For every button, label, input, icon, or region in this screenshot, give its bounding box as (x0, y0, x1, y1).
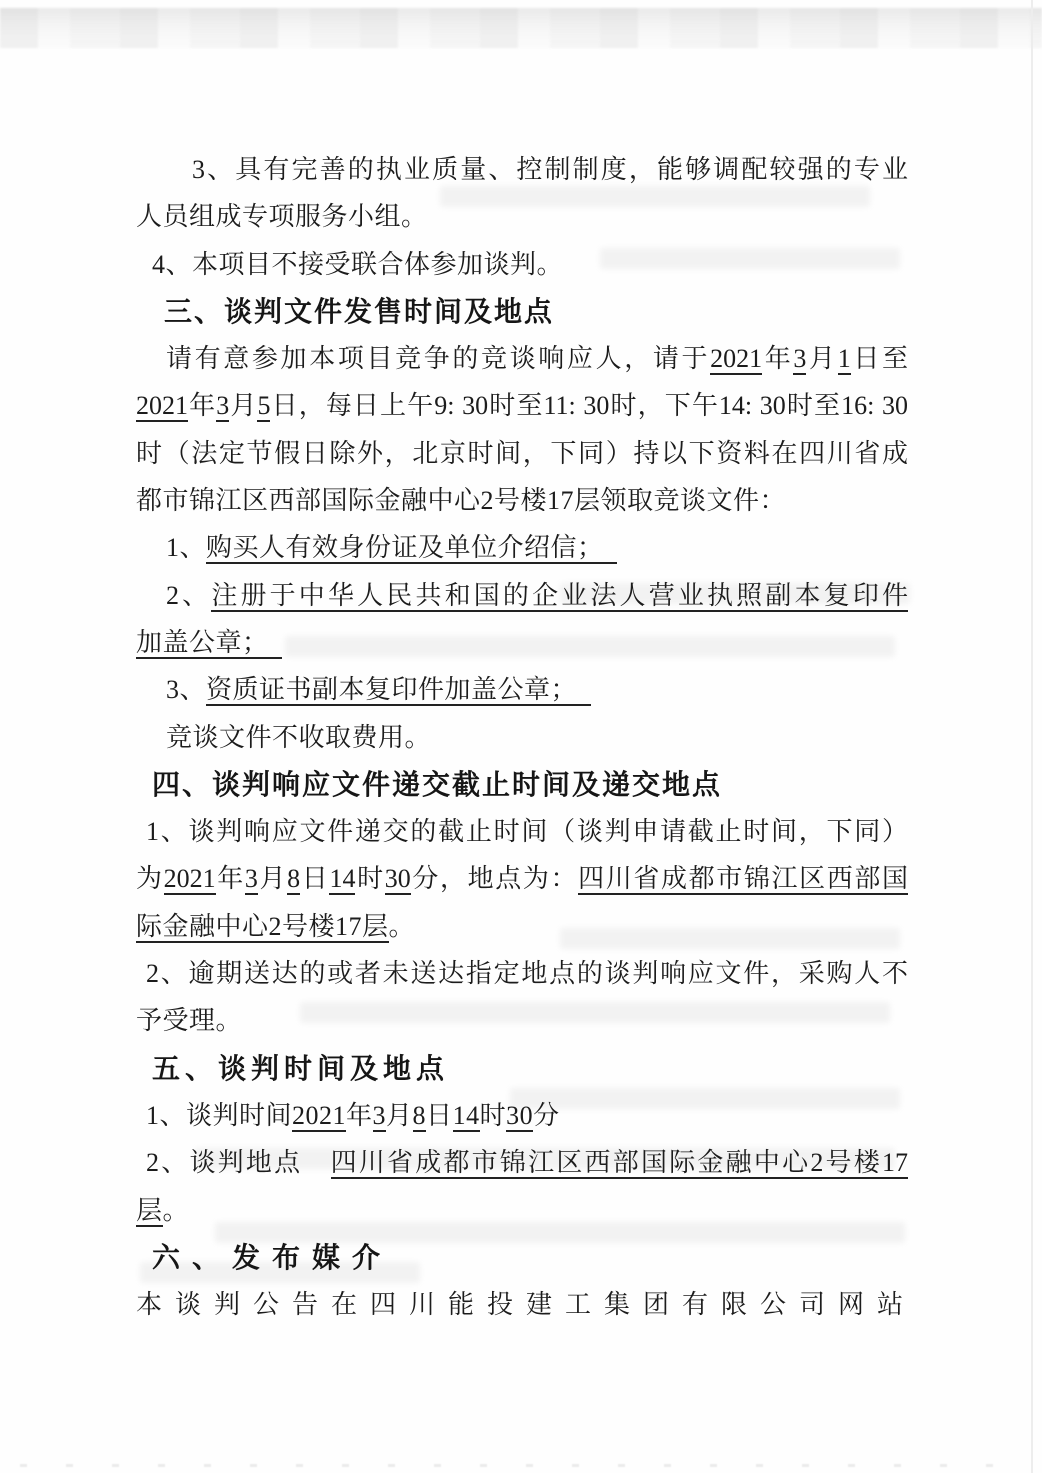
text-segment: 时 (480, 1101, 507, 1130)
material-item-2-line-2: 加盖公章； (136, 619, 908, 666)
underlined-text-segment: 3 (216, 391, 229, 422)
underlined-text-segment: 2021 (164, 864, 216, 895)
text-segment: 日至 (851, 344, 908, 373)
media-announcement-line: 本谈判公告在四川能投建工集团有限公司网站 (136, 1281, 908, 1328)
text-segment: 年 (762, 344, 793, 373)
underlined-text-segment: 2021 (136, 391, 188, 422)
sale-time-para-line-1: 请有意参加本项目竞争的竞谈响应人，请于2021年3月1日至 (136, 335, 908, 382)
text-segment: 2、逾期送达的或者未送达指定地点的谈判响应文件，采购人不 (146, 959, 908, 988)
text-segment: 年 (216, 864, 245, 893)
text-segment: 年 (188, 391, 216, 420)
underlined-text-segment: 加盖公章； (136, 628, 282, 659)
text-segment: 本谈判公告在四川能投建工集团有限公司网站 (136, 1290, 916, 1319)
section-5-heading: 五、谈判时间及地点 (136, 1045, 908, 1092)
underlined-text-segment: 8 (413, 1101, 427, 1132)
underlined-text-segment: 30 (385, 864, 411, 895)
text-segment: 分，地点为： (411, 864, 578, 893)
scan-noise-band (0, 8, 1042, 48)
text-segment: 请有意参加本项目竞争的竞谈响应人，请于 (166, 344, 710, 373)
scan-bottom-speckle (20, 1464, 1020, 1467)
material-item-1: 1、购买人有效身份证及单位介绍信； (136, 524, 908, 571)
underlined-text-segment: 8 (287, 864, 300, 895)
text-segment: 都市锦江区西部国际金融中心2号楼17层领取竞谈文件： (136, 486, 786, 515)
negotiation-place-line-1: 2、谈判地点 四川省成都市锦江区西部国际金融中心2号楼17 (136, 1139, 908, 1186)
sale-time-para-line-4: 都市锦江区西部国际金融中心2号楼17层领取竞谈文件： (136, 477, 908, 524)
text-segment: 分 (533, 1101, 560, 1130)
text-segment: 日，每日上午9: 30时至11: 30时，下午14: 30时至16: 30 (270, 391, 908, 420)
text-segment: 2、 (166, 581, 211, 610)
text-segment: 三、谈判文件发售时间及地点 (164, 296, 554, 327)
deadline-item-1-line-1: 1、谈判响应文件递交的截止时间（谈判申请截止时间，下同） (136, 808, 908, 855)
underlined-text-segment: 14 (329, 864, 355, 895)
deadline-item-1-line-2: 为2021年3月8日14时30分，地点为：四川省成都市锦江区西部国 (136, 855, 908, 902)
text-segment: 2、谈判地点 (146, 1148, 331, 1177)
text-segment: 时（法定节假日除外，北京时间，下同）持以下资料在四川省成 (136, 439, 908, 468)
text-segment: 竞谈文件不收取费用。 (166, 723, 431, 752)
document-body: 3、具有完善的执业质量、控制制度，能够调配较强的专业 人员组成专项服务小组。 4… (136, 146, 908, 1328)
underlined-text-segment: 14 (453, 1101, 480, 1132)
underlined-text-segment: 3 (245, 864, 258, 895)
underlined-text-segment: 资质证书副本复印件加盖公章； (206, 675, 591, 706)
text-segment: 五、谈判时间及地点 (152, 1053, 449, 1084)
section-3-heading: 三、谈判文件发售时间及地点 (136, 288, 908, 335)
deadline-item-2-line-1: 2、逾期送达的或者未送达指定地点的谈判响应文件，采购人不 (136, 950, 908, 997)
sale-time-para-line-2: 2021年3月5日，每日上午9: 30时至11: 30时，下午14: 30时至1… (136, 382, 908, 429)
text-segment: 月 (806, 344, 837, 373)
item4-no-consortium: 4、本项目不接受联合体参加谈判。 (136, 241, 908, 288)
sale-time-para-line-3: 时（法定节假日除外，北京时间，下同）持以下资料在四川省成 (136, 430, 908, 477)
text-segment: 六、发布媒介 (152, 1242, 392, 1273)
text-segment: 为 (136, 864, 164, 893)
negotiation-time-item: 1、谈判时间2021年3月8日14时30分 (136, 1092, 908, 1139)
text-segment: 月 (258, 864, 287, 893)
text-segment: 3、具有完善的执业质量、控制制度，能够调配较强的专业 (192, 155, 908, 184)
text-segment: 1、谈判时间 (146, 1101, 292, 1130)
text-segment: 1、 (166, 533, 206, 562)
text-segment: 。 (163, 1196, 190, 1225)
underlined-text-segment: 3 (793, 344, 806, 375)
scanned-document-page: 3、具有完善的执业质量、控制制度，能够调配较强的专业 人员组成专项服务小组。 4… (0, 0, 1042, 1473)
text-segment: 月 (229, 391, 257, 420)
underlined-text-segment: 2021 (292, 1101, 346, 1132)
underlined-text-segment: 际金融中心2号楼17层 (136, 912, 389, 943)
text-segment: 时 (355, 864, 384, 893)
text-segment: 日 (426, 1101, 453, 1130)
underlined-text-segment: 1 (838, 344, 851, 375)
material-item-2-line-1: 2、注册于中华人民共和国的企业法人营业执照副本复印件 (136, 572, 908, 619)
underlined-text-segment: 层 (136, 1196, 163, 1227)
underlined-text-segment: 30 (506, 1101, 533, 1132)
material-item-3: 3、资质证书副本复印件加盖公章； (136, 666, 908, 713)
underlined-text-segment: 购买人有效身份证及单位介绍信； (206, 533, 617, 564)
underlined-text-segment: 注册于中华人民共和国的企业法人营业执照副本复印件 (211, 581, 908, 612)
text-segment: 月 (386, 1101, 413, 1130)
underlined-text-segment: 四川省成都市锦江区西部国 (578, 864, 908, 895)
text-segment: 予受理。 (136, 1006, 242, 1035)
text-segment: 四、谈判响应文件递交截止时间及递交地点 (152, 769, 722, 800)
no-fee-note: 竞谈文件不收取费用。 (136, 714, 908, 761)
item3-qualification-line-1: 3、具有完善的执业质量、控制制度，能够调配较强的专业 (136, 146, 908, 193)
underlined-text-segment: 3 (373, 1101, 387, 1132)
text-segment: 1、谈判响应文件递交的截止时间（谈判申请截止时间，下同） (146, 817, 908, 846)
scan-edge-line (1031, 0, 1033, 1473)
text-segment: 4、本项目不接受联合体参加谈判。 (152, 250, 563, 279)
item3-qualification-line-2: 人员组成专项服务小组。 (136, 193, 908, 240)
section-4-heading: 四、谈判响应文件递交截止时间及递交地点 (136, 761, 908, 808)
text-segment: 3、 (166, 675, 206, 704)
negotiation-place-line-2: 层。 (136, 1187, 908, 1234)
underlined-text-segment: 5 (257, 391, 270, 422)
underlined-text-segment: 四川省成都市锦江区西部国际金融中心2号楼17 (331, 1148, 908, 1179)
text-segment: 人员组成专项服务小组。 (136, 202, 428, 231)
underlined-text-segment: 2021 (710, 344, 762, 375)
text-segment: 。 (389, 912, 416, 941)
text-segment: 日 (300, 864, 329, 893)
deadline-item-2-line-2: 予受理。 (136, 997, 908, 1044)
text-segment: 年 (346, 1101, 373, 1130)
deadline-item-1-line-3: 际金融中心2号楼17层。 (136, 903, 908, 950)
section-6-heading: 六、发布媒介 (136, 1234, 908, 1281)
